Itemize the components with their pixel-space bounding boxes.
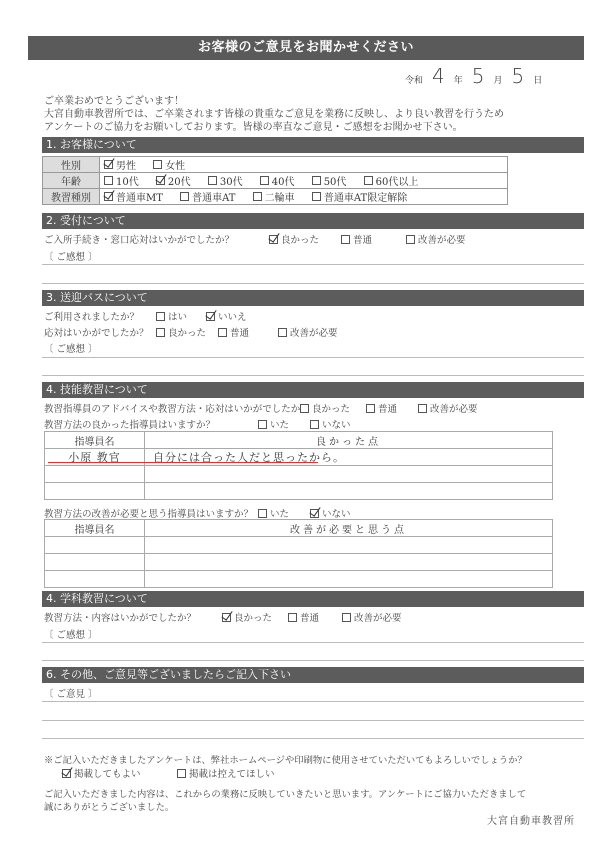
option-label: 掲載は控えてほしい: [189, 766, 275, 780]
intro-line: ご卒業おめでとうございます！: [44, 95, 504, 108]
table-row: [45, 483, 553, 500]
section-header-driving-lessons: 4. 技能教習について: [42, 382, 584, 398]
comment-label: 〔 ご感想 〕: [44, 249, 98, 263]
checkbox[interactable]: [310, 420, 319, 429]
option-label: 50代: [324, 173, 347, 188]
table-row: [45, 537, 553, 554]
table-row: 年齢 10代 20代 30代 40代 50代 60代以上: [43, 173, 508, 189]
option-no[interactable]: いいえ: [206, 309, 247, 323]
table-header-row: 指導員名 良かった点: [45, 432, 553, 449]
table-row: 性別 男性 女性: [43, 157, 508, 173]
option-label: 30代: [220, 173, 243, 188]
option-yes[interactable]: いた: [258, 506, 310, 520]
instructor-name-cell[interactable]: [45, 554, 145, 571]
checkbox[interactable]: [156, 328, 165, 337]
good-instructor-table: 指導員名 良かった点 小原 教官 自分には合った人だと思ったから。: [44, 431, 553, 500]
comment-line[interactable]: [42, 720, 584, 721]
checkbox[interactable]: [177, 769, 186, 778]
checkbox[interactable]: [312, 192, 321, 201]
date-month-unit: 月: [494, 73, 503, 86]
improve-instructor-table: 指導員名 改善が必要と思う点: [44, 519, 553, 588]
question-text: 応対はいかがでしたか？: [44, 325, 156, 339]
section-header-classroom-lessons: 4. 学科教習について: [42, 591, 584, 607]
comment-line[interactable]: [42, 283, 584, 284]
option-label: 改善が必要: [418, 232, 466, 246]
option-good[interactable]: 良かった: [156, 325, 218, 339]
checkbox[interactable]: [342, 613, 351, 622]
question-text: ご入所手続き・窓口応対はいかがでしたか？: [44, 232, 269, 246]
question-text: 教習指導員のアドバイスや教習方法・応対はいかがでしたか？: [44, 401, 300, 415]
comment-label: 〔 ご感想 〕: [44, 627, 98, 641]
customer-info-table: 性別 男性 女性 年齢 10代 20代 30代 40代 50代 60代以上 教習…: [42, 156, 508, 205]
option-standard-at[interactable]: 普通車AT: [180, 189, 235, 204]
date-era: 令和: [405, 73, 423, 86]
checkbox[interactable]: [278, 328, 287, 337]
option-male[interactable]: 男性: [104, 157, 136, 172]
option-label: 普通: [353, 232, 372, 246]
option-label: 20代: [168, 173, 191, 188]
checkbox[interactable]: [300, 404, 309, 413]
option-label: 普通: [378, 401, 397, 415]
option-label: 60代以上: [376, 173, 419, 188]
question-text: 教習方法の良かった指導員はいますか？: [44, 417, 258, 431]
option-no[interactable]: いない: [310, 506, 351, 520]
checkbox[interactable]: [310, 509, 319, 518]
consent-options: 掲載してもよい 掲載は控えてほしい: [62, 766, 275, 780]
option-label: いない: [322, 417, 351, 431]
option-label: いいえ: [218, 309, 247, 323]
checkbox[interactable]: [156, 312, 165, 321]
checkbox[interactable]: [104, 192, 113, 201]
option-decline-publish[interactable]: 掲載は控えてほしい: [177, 766, 275, 780]
option-label: 良かった: [168, 325, 206, 339]
option-good[interactable]: 良かった: [269, 232, 341, 246]
checkbox[interactable]: [418, 404, 427, 413]
option-label: 40代: [272, 173, 295, 188]
date-year-value[interactable]: 4: [432, 66, 445, 86]
option-good[interactable]: 良かった: [300, 401, 366, 415]
checkbox[interactable]: [258, 509, 267, 518]
option-20s[interactable]: 20代: [156, 173, 191, 188]
instructor-name-cell[interactable]: [45, 483, 145, 500]
option-label: 掲載してもよい: [74, 766, 141, 780]
comment-line[interactable]: [42, 642, 584, 643]
school-signature: 大宮自動車教習所: [487, 812, 575, 827]
closing-line: 誠にありがとうございました。: [44, 799, 174, 813]
checkbox[interactable]: [62, 769, 71, 778]
checkbox[interactable]: [218, 328, 227, 337]
checkbox[interactable]: [104, 160, 113, 169]
row-label: 教習種別: [43, 189, 100, 205]
form-title: お客様のご意見をお聞かせください: [28, 36, 584, 60]
option-label: 二輪車: [265, 189, 295, 204]
table-row: [45, 466, 553, 483]
section-header-shuttle-bus: 3. 送迎バスについて: [42, 290, 584, 306]
checkbox[interactable]: [288, 613, 297, 622]
date-day-unit: 日: [533, 73, 542, 86]
option-label: 改善が必要: [290, 325, 338, 339]
closing-line: ご記入いただきました内容は、これからの業務に反映していきたいと思います。アンケー…: [44, 786, 526, 800]
intro-line: アンケートのご協力をお願いしております。皆様の率直なご意見・ご感想をお聞かせ下さ…: [44, 121, 504, 134]
option-label: 普通: [230, 325, 249, 339]
option-allow-publish[interactable]: 掲載してもよい: [62, 766, 177, 780]
improve-point-cell[interactable]: [145, 571, 553, 588]
option-label: 良かった: [281, 232, 319, 246]
option-label: いた: [270, 506, 289, 520]
comment-line[interactable]: [42, 357, 584, 358]
option-needs-improvement[interactable]: 改善が必要: [342, 610, 402, 624]
option-label: 女性: [165, 157, 185, 172]
instructor-rating-row: 教習指導員のアドバイスや教習方法・応対はいかがでしたか？ 良かった 普通 改善が…: [44, 401, 478, 415]
section-header-other: 6. その他、ご意見等ございましたらご記入下さい: [42, 667, 584, 683]
consent-question: ※ご記入いただきましたアンケートは、弊社ホームページや印刷物に使用させていただい…: [44, 752, 527, 766]
table-header-row: 指導員名 改善が必要と思う点: [45, 520, 553, 537]
option-30s[interactable]: 30代: [208, 173, 243, 188]
option-label: いない: [322, 506, 351, 520]
instructor-name-cell[interactable]: [45, 571, 145, 588]
column-header: 改善が必要と思う点: [145, 520, 553, 537]
option-label: 10代: [116, 173, 139, 188]
bus-service-row: 応対はいかがでしたか？ 良かった 普通 改善が必要: [44, 325, 338, 339]
checkbox[interactable]: [312, 176, 321, 185]
row-label: 年齢: [43, 173, 100, 189]
question-text: 教習方法・内容はいかがでしたか？: [44, 610, 222, 624]
question-text: ご利用されましたか？: [44, 309, 156, 323]
table-row: 教習種別 普通車MT 普通車AT 二輪車 普通車AT限定解除: [43, 189, 508, 205]
date-field: 令和 4 年 5 月 5 日: [405, 64, 542, 86]
option-40s[interactable]: 40代: [260, 173, 295, 188]
date-year-unit: 年: [454, 73, 463, 86]
good-point-cell[interactable]: [145, 466, 553, 483]
column-header: 指導員名: [45, 432, 145, 449]
option-motorcycle[interactable]: 二輪車: [253, 189, 295, 204]
instructor-name-cell[interactable]: [45, 466, 145, 483]
option-10s[interactable]: 10代: [104, 173, 139, 188]
checkbox[interactable]: [206, 312, 215, 321]
intro-line: 大宮自動車教習所では、ご卒業されます皆様の貴重なご意見を業務に反映し、より良い教…: [44, 108, 504, 121]
option-average[interactable]: 普通: [341, 232, 406, 246]
course-options: 普通車MT 普通車AT 二輪車 普通車AT限定解除: [100, 189, 508, 205]
checkbox[interactable]: [156, 176, 165, 185]
question-text: 教習方法の改善が必要と思う指導員はいますか？: [44, 506, 258, 520]
bus-usage-row: ご利用されましたか？ はい いいえ: [44, 309, 247, 323]
option-average[interactable]: 普通: [218, 325, 278, 339]
checkbox[interactable]: [260, 176, 269, 185]
classroom-rating-row: 教習方法・内容はいかがでしたか？ 良かった 普通 改善が必要: [44, 610, 402, 624]
row-label: 性別: [43, 157, 100, 173]
option-standard-mt[interactable]: 普通車MT: [104, 189, 163, 204]
comment-label: 〔 ご意見 〕: [44, 686, 98, 700]
option-label: 良かった: [312, 401, 350, 415]
comment-line[interactable]: [42, 660, 584, 661]
good-instructor-row: 教習方法の良かった指導員はいますか？ いた いない: [44, 417, 351, 431]
table-row: [45, 554, 553, 571]
section-header-reception: 2. 受付について: [42, 213, 584, 229]
comment-line[interactable]: [42, 701, 584, 702]
option-yes[interactable]: はい: [156, 309, 206, 323]
option-label: 改善が必要: [354, 610, 402, 624]
option-yes[interactable]: いた: [258, 417, 310, 431]
comment-line[interactable]: [42, 264, 584, 265]
comment-label: 〔 ご感想 〕: [44, 341, 98, 355]
option-label: 男性: [116, 157, 136, 172]
checkbox[interactable]: [153, 160, 162, 169]
comment-line[interactable]: [42, 375, 584, 376]
checkbox[interactable]: [364, 176, 373, 185]
date-month-value[interactable]: 5: [472, 66, 485, 86]
option-average[interactable]: 普通: [288, 610, 342, 624]
checkbox[interactable]: [180, 192, 189, 201]
option-needs-improvement[interactable]: 改善が必要: [406, 232, 466, 246]
comment-line[interactable]: [42, 738, 584, 739]
instructor-name-cell[interactable]: [45, 537, 145, 554]
option-60s-plus[interactable]: 60代以上: [364, 173, 419, 188]
checkbox[interactable]: [258, 420, 267, 429]
age-options: 10代 20代 30代 40代 50代 60代以上: [100, 173, 508, 189]
option-label: 普通車MT: [116, 189, 163, 204]
option-label: 改善が必要: [430, 401, 478, 415]
checkbox[interactable]: [269, 235, 278, 244]
option-50s[interactable]: 50代: [312, 173, 347, 188]
table-row: [45, 571, 553, 588]
option-average[interactable]: 普通: [366, 401, 418, 415]
checkbox[interactable]: [222, 613, 231, 622]
option-label: 普通: [300, 610, 319, 624]
good-point-cell[interactable]: [145, 483, 553, 500]
option-label: はい: [168, 309, 187, 323]
option-label: 普通車AT: [192, 189, 235, 204]
option-at-limit-removal[interactable]: 普通車AT限定解除: [312, 189, 407, 204]
option-needs-improvement[interactable]: 改善が必要: [278, 325, 338, 339]
checkbox[interactable]: [406, 235, 415, 244]
intro-text: ご卒業おめでとうございます！ 大宮自動車教習所では、ご卒業されます皆様の貴重なご…: [44, 95, 504, 134]
checkbox[interactable]: [104, 176, 113, 185]
checkbox[interactable]: [208, 176, 217, 185]
option-good[interactable]: 良かった: [222, 610, 288, 624]
improve-point-cell[interactable]: [145, 537, 553, 554]
date-day-value[interactable]: 5: [512, 66, 525, 86]
gender-options: 男性 女性: [100, 157, 508, 173]
improve-instructor-row: 教習方法の改善が必要と思う指導員はいますか？ いた いない: [44, 506, 351, 520]
checkbox[interactable]: [253, 192, 262, 201]
checkbox[interactable]: [366, 404, 375, 413]
option-no[interactable]: いない: [310, 417, 351, 431]
reception-question-row: ご入所手続き・窓口応対はいかがでしたか？ 良かった 普通 改善が必要: [44, 232, 466, 246]
column-header: 指導員名: [45, 520, 145, 537]
option-label: 良かった: [234, 610, 272, 624]
option-label: いた: [270, 417, 289, 431]
option-needs-improvement[interactable]: 改善が必要: [418, 401, 478, 415]
red-underline: [48, 462, 318, 463]
option-label: 普通車AT限定解除: [324, 189, 407, 204]
section-header-customer: 1. お客様について: [42, 137, 584, 153]
improve-point-cell[interactable]: [145, 554, 553, 571]
option-female[interactable]: 女性: [153, 157, 185, 172]
checkbox[interactable]: [341, 235, 350, 244]
column-header: 良かった点: [145, 432, 553, 449]
